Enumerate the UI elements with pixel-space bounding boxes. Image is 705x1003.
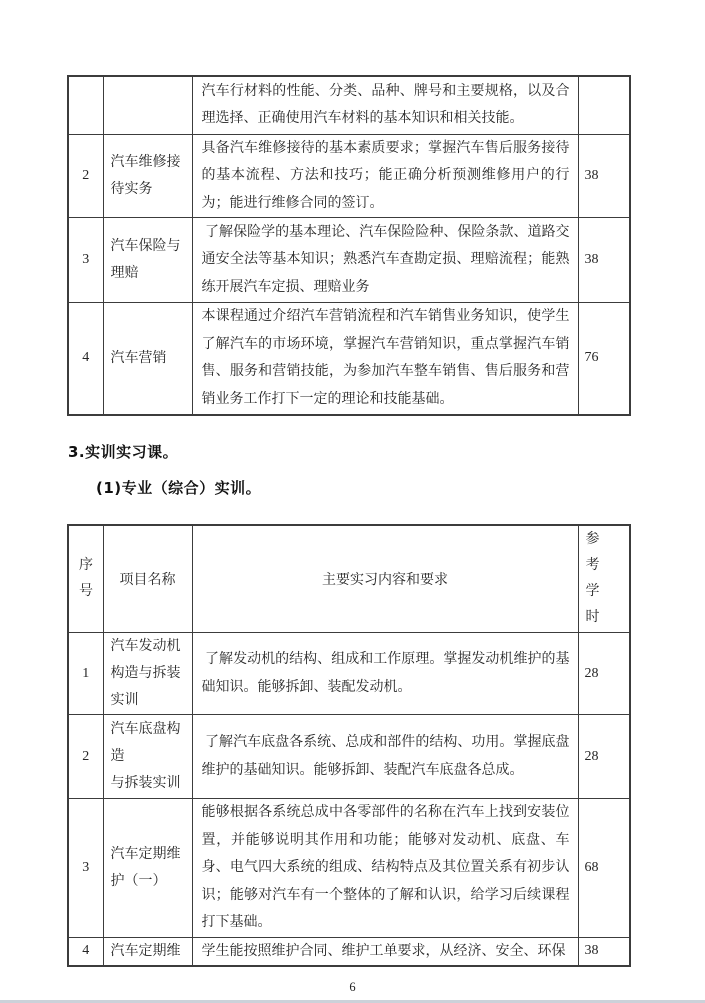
col-header-hours: 参考学时 xyxy=(578,525,630,633)
course-name-cell xyxy=(103,76,192,134)
hours-cell: 38 xyxy=(578,218,630,303)
practical-training-table: 序号 项目名称 主要实习内容和要求 参考学时 1 汽车发动机构造与拆装实训 了解… xyxy=(67,524,631,967)
project-content-cell: 了解汽车底盘各系统、总成和部件的结构、功用。掌握底盘维护的基础知识。能够拆卸、装… xyxy=(192,715,578,799)
row-number-cell: 2 xyxy=(68,134,103,218)
hours-cell: 76 xyxy=(578,303,630,415)
table-row: 4 汽车营销 本课程通过介绍汽车营销流程和汽车销售业务知识，使学生了解汽车的市场… xyxy=(68,303,630,415)
row-number-cell xyxy=(68,76,103,134)
table-row: 4 汽车定期维 学生能按照维护合同、维护工单要求，从经济、安全、环保 38 xyxy=(68,937,630,966)
table-row: 汽车行材料的性能、分类、品种、牌号和主要规格，以及合理选择、正确使用汽车材料的基… xyxy=(68,76,630,134)
hours-cell: 68 xyxy=(578,799,630,938)
page-number: 6 xyxy=(0,980,705,995)
row-number-cell: 3 xyxy=(68,799,103,938)
document-page: 汽车行材料的性能、分类、品种、牌号和主要规格，以及合理选择、正确使用汽车材料的基… xyxy=(0,0,705,1003)
row-number-cell: 4 xyxy=(68,303,103,415)
project-name-cell: 汽车底盘构造 与拆装实训 xyxy=(103,715,192,799)
subsection-heading: (1)专业（综合）实训。 xyxy=(96,477,261,498)
hours-cell xyxy=(578,76,630,134)
table-row: 1 汽车发动机构造与拆装实训 了解发动机的结构、组成和工作原理。掌握发动机维护的… xyxy=(68,633,630,715)
project-content-cell: 学生能按照维护合同、维护工单要求，从经济、安全、环保 xyxy=(192,937,578,966)
row-number-cell: 1 xyxy=(68,633,103,715)
course-name-cell: 汽车保险与理赔 xyxy=(103,218,192,303)
col-header-number: 序号 xyxy=(68,525,103,633)
course-content-cell: 汽车行材料的性能、分类、品种、牌号和主要规格，以及合理选择、正确使用汽车材料的基… xyxy=(192,76,578,134)
theory-course-table: 汽车行材料的性能、分类、品种、牌号和主要规格，以及合理选择、正确使用汽车材料的基… xyxy=(67,75,631,416)
row-number-cell: 4 xyxy=(68,937,103,966)
course-content-cell: 具备汽车维修接待的基本素质要求；掌握汽车售后服务接待的基本流程、方法和技巧；能正… xyxy=(192,134,578,218)
course-content-cell: 本课程通过介绍汽车营销流程和汽车销售业务知识，使学生了解汽车的市场环境，掌握汽车… xyxy=(192,303,578,415)
section-heading: 3.实训实习课。 xyxy=(68,441,178,462)
course-name-cell: 汽车维修接待实务 xyxy=(103,134,192,218)
table-row: 2 汽车维修接待实务 具备汽车维修接待的基本素质要求；掌握汽车售后服务接待的基本… xyxy=(68,134,630,218)
project-name-cell: 汽车定期维 xyxy=(103,937,192,966)
project-content-cell: 了解发动机的结构、组成和工作原理。掌握发动机维护的基础知识。能够拆卸、装配发动机… xyxy=(192,633,578,715)
hours-cell: 38 xyxy=(578,134,630,218)
course-name-cell: 汽车营销 xyxy=(103,303,192,415)
col-header-content: 主要实习内容和要求 xyxy=(192,525,578,633)
table-row: 2 汽车底盘构造 与拆装实训 了解汽车底盘各系统、总成和部件的结构、功用。掌握底… xyxy=(68,715,630,799)
table-row: 3 汽车保险与理赔 了解保险学的基本理论、汽车保险险种、保险条款、道路交通安全法… xyxy=(68,218,630,303)
row-number-cell: 2 xyxy=(68,715,103,799)
table-row: 3 汽车定期维护（一） 能够根据各系统总成中各零部件的名称在汽车上找到安装位置，… xyxy=(68,799,630,938)
row-number-cell: 3 xyxy=(68,218,103,303)
table-header-row: 序号 项目名称 主要实习内容和要求 参考学时 xyxy=(68,525,630,633)
hours-cell: 28 xyxy=(578,633,630,715)
project-content-cell: 能够根据各系统总成中各零部件的名称在汽车上找到安装位置，并能够说明其作用和功能；… xyxy=(192,799,578,938)
project-name-cell: 汽车发动机构造与拆装实训 xyxy=(103,633,192,715)
hours-cell: 28 xyxy=(578,715,630,799)
course-content-cell: 了解保险学的基本理论、汽车保险险种、保险条款、道路交通安全法等基本知识；熟悉汽车… xyxy=(192,218,578,303)
col-header-project-name: 项目名称 xyxy=(103,525,192,633)
project-name-cell: 汽车定期维护（一） xyxy=(103,799,192,938)
hours-cell: 38 xyxy=(578,937,630,966)
